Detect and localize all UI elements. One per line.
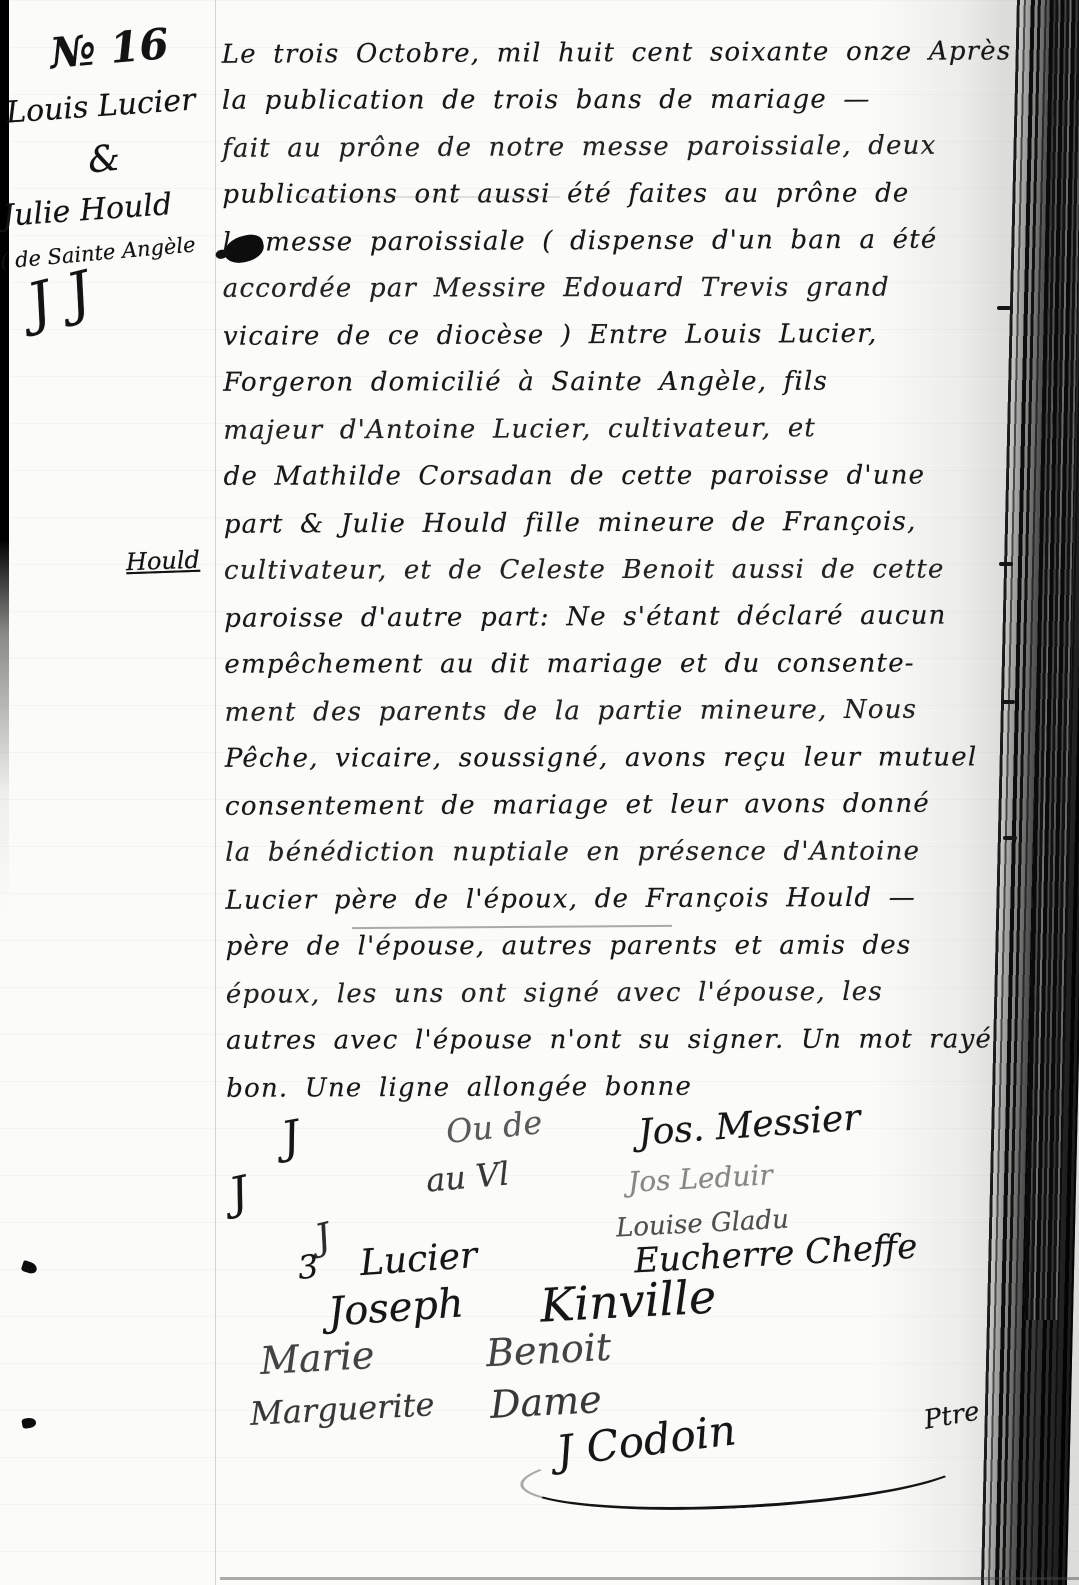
body-line: père de l'épouse, autres parents et amis…: [226, 922, 1026, 970]
signature: Lucier: [359, 1236, 479, 1284]
body-line: autres avec l'épouse n'ont su signer. Un…: [226, 1016, 1026, 1064]
guide-line: [300, 196, 560, 198]
signature: Ou de: [444, 1105, 544, 1150]
signature: Kinville: [539, 1271, 717, 1331]
body-line: paroisse d'autre part: Ne s'étant déclar…: [224, 592, 1024, 642]
left-scan-edge: [0, 0, 9, 1585]
body-line: Lucier père de l'époux, de François Houl…: [225, 874, 1025, 924]
body-line: Le trois Octobre, mil huit cent soixante…: [222, 28, 1022, 78]
signature: 3: [296, 1249, 320, 1286]
signature: Jos Leduir: [627, 1160, 773, 1198]
body-line: Forgeron domicilié à Sainte Angèle, fils: [223, 358, 1023, 406]
margin-rule-line: [215, 0, 216, 1585]
signature: Ptre: [922, 1397, 982, 1435]
register-page: № 16Louis Lucier&Julie Hould( de Sainte …: [0, 0, 1079, 1585]
body-text: Le trois Octobre, mil huit cent soixante…: [222, 28, 1027, 1112]
body-line: Pêche, vicaire, soussigné, avons reçu le…: [225, 734, 1025, 782]
margin-note: Julie Hould: [1, 188, 173, 233]
signature: Marie: [259, 1335, 375, 1383]
margin-note: Hould: [126, 547, 201, 576]
margin-note: № 16: [48, 21, 170, 77]
ink-mark: [21, 1417, 37, 1429]
ink-mark: [21, 1260, 39, 1275]
body-line: part & Julie Hould fille mineure de Fran…: [224, 498, 1024, 548]
signature: Benoit: [485, 1327, 612, 1375]
body-line: cultivateur, et de Celeste Benoit aussi …: [224, 546, 1024, 594]
body-line: de Mathilde Corsadan de cette paroisse d…: [224, 452, 1024, 500]
body-line: la bénédiction nuptiale en présence d'An…: [225, 828, 1025, 876]
body-line: époux, les uns ont signé avec l'épouse, …: [226, 968, 1026, 1018]
body-line: accordée par Messire Edouard Trevis gran…: [223, 264, 1023, 312]
signature: J: [225, 1169, 252, 1220]
body-line: la publication de trois bans de mariage …: [222, 76, 1022, 124]
margin-note: ( de Sainte Angèle: [0, 234, 196, 274]
body-line: vicaire de ce diocèse ) Entre Louis Luci…: [223, 310, 1023, 360]
margin-note: Louis Lucier: [5, 83, 196, 129]
body-line: fait au prône de notre messe paroissiale…: [222, 122, 1022, 172]
body-line: majeur d'Antoine Lucier, cultivateur, et: [223, 404, 1023, 454]
signature: Marguerite: [249, 1387, 435, 1432]
signature: au Vl: [425, 1156, 511, 1198]
body-line: consentement de mariage et leur avons do…: [225, 780, 1025, 830]
bottom-scan-edge: [220, 1577, 1079, 1580]
body-line: publications ont aussi été faites au prô…: [222, 170, 1022, 218]
signature: Dame: [489, 1379, 603, 1427]
body-line: ment des parents de la partie mineure, N…: [225, 686, 1025, 736]
signature: Joseph: [327, 1281, 465, 1334]
body-line: empêchement au dit mariage et du consent…: [224, 640, 1024, 688]
margin-note: &: [86, 138, 122, 181]
body-line: la messe paroissiale ( dispense d'un ban…: [222, 216, 1022, 266]
signature: J: [278, 1113, 304, 1164]
body-line: bon. Une ligne allongée bonne: [226, 1062, 1026, 1112]
margin-note: J J: [21, 261, 97, 336]
